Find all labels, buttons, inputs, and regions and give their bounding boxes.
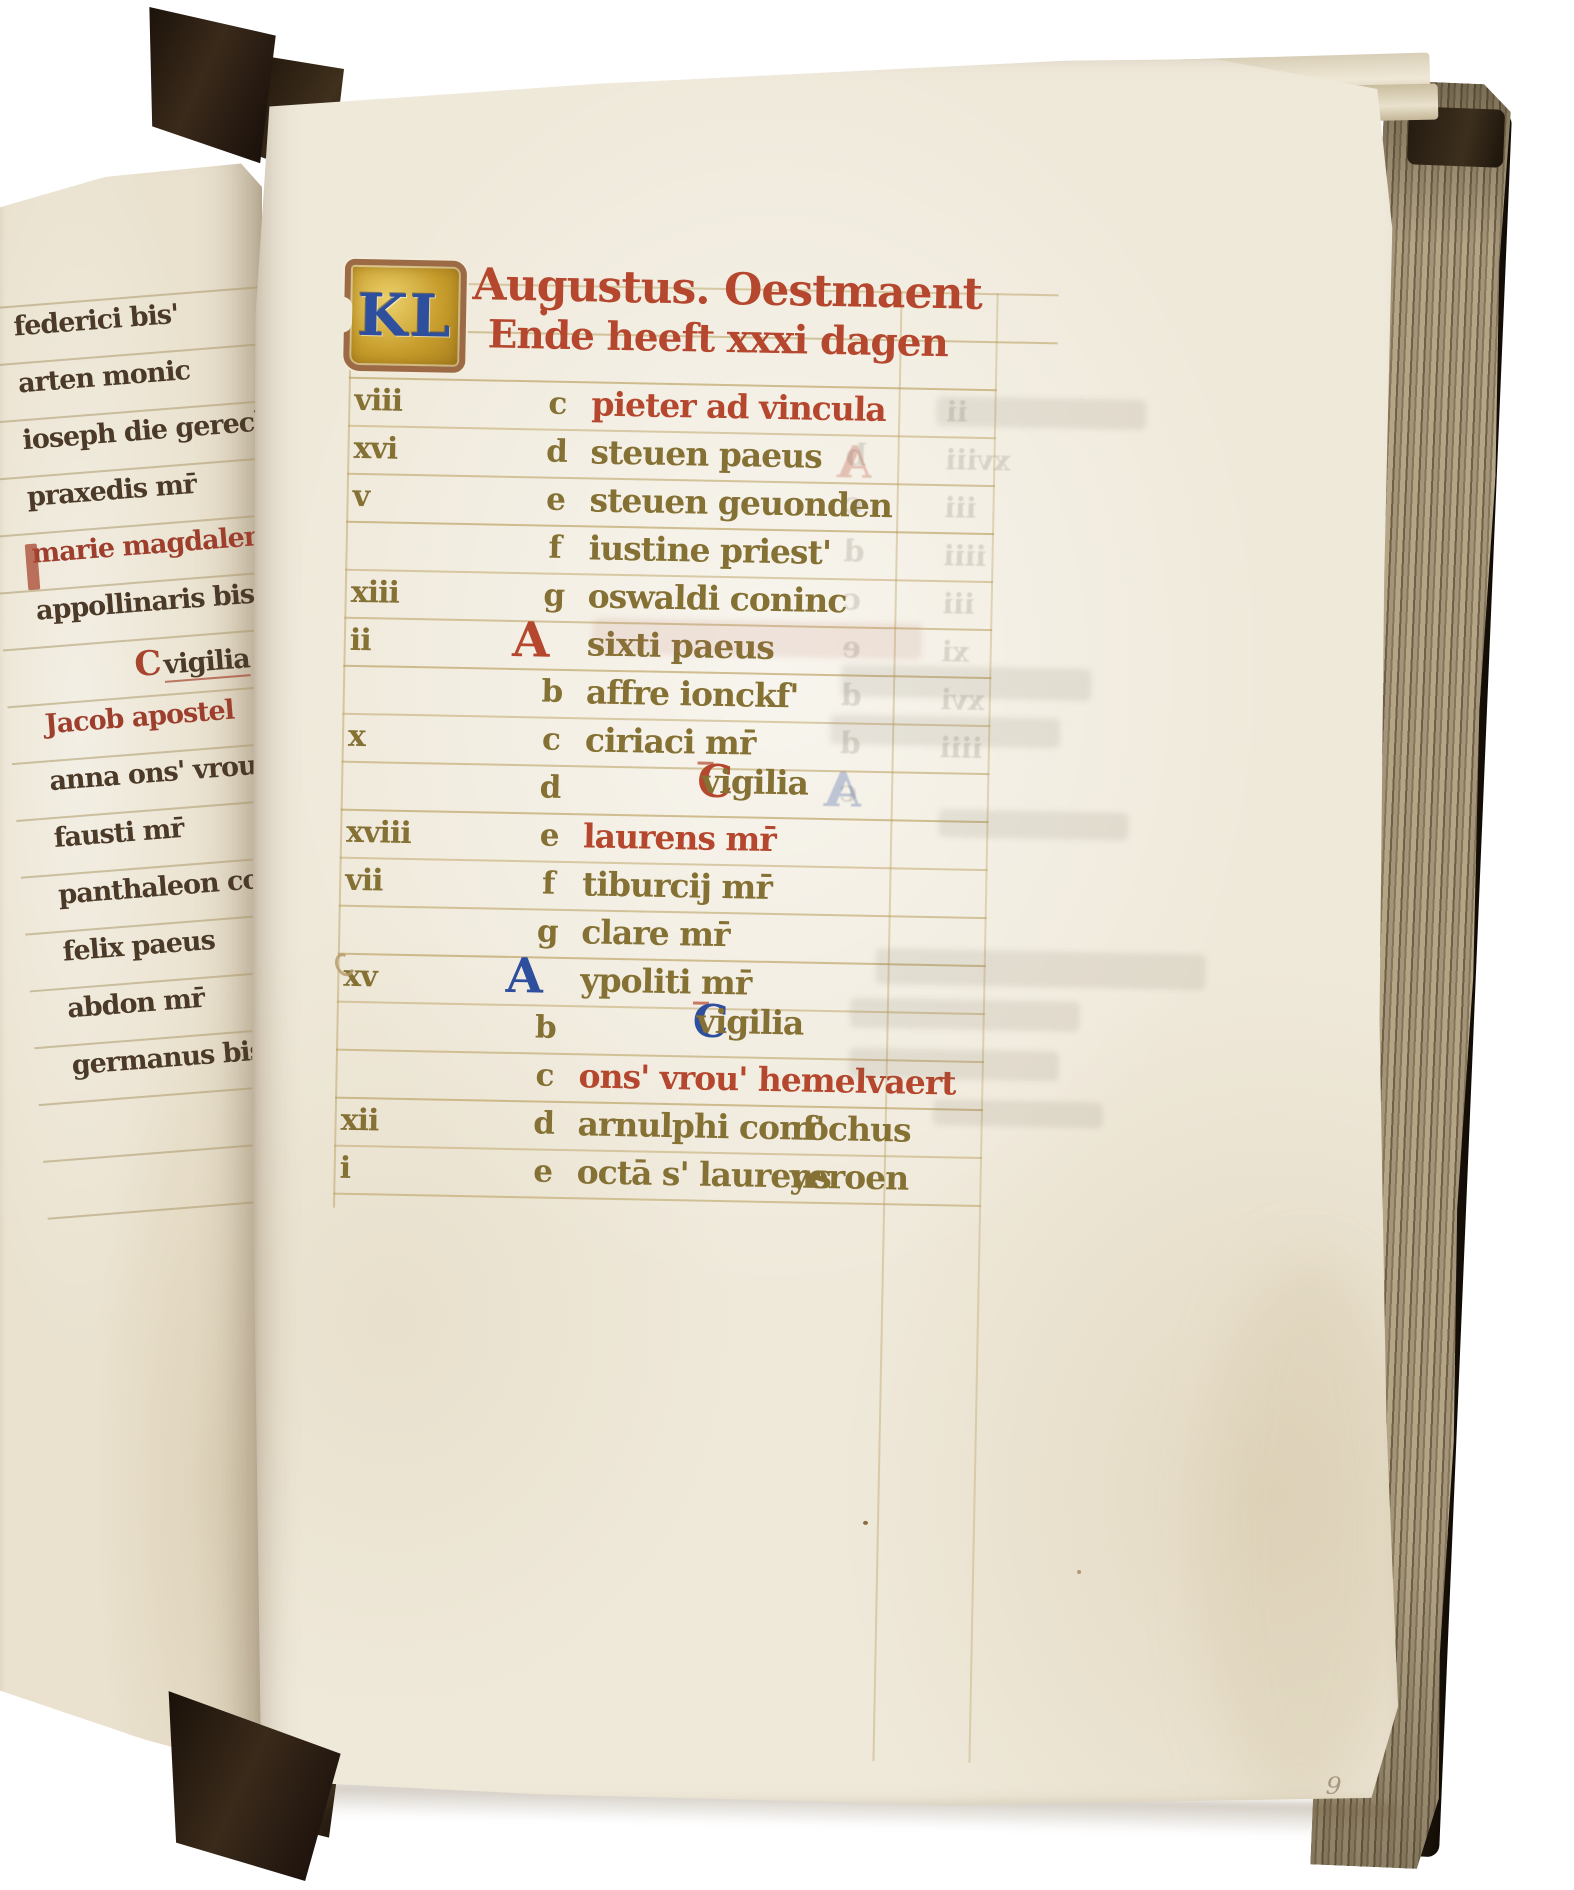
dominical-letter: d (520, 1105, 567, 1142)
ghost-text-band (933, 1099, 1103, 1128)
feast-entry: vigilia (162, 643, 250, 683)
ink-speck (540, 308, 547, 315)
feast-entry: vigilia (696, 1002, 804, 1043)
kl-illuminated-initial: KL (343, 259, 467, 373)
ink-speck (863, 1521, 868, 1525)
feast-entry: pieter ad vincula (591, 384, 886, 429)
feast-entry: affre ionckf' (586, 672, 799, 715)
dominical-letter: f (531, 529, 578, 566)
ghost-golden-number: xi (941, 635, 969, 669)
vigilia-paraph-C: C (133, 643, 162, 685)
ghost-text-band (592, 617, 923, 659)
feast-entry: arnulphi conf' (577, 1104, 824, 1148)
feast-entry: laurens mr̄ (583, 816, 776, 859)
feast-entry: vigilia (701, 762, 809, 803)
folio-number: 9 (1325, 1771, 1342, 1800)
dominical-letter: c (534, 385, 581, 422)
golden-number: viii (354, 383, 402, 419)
ghost-golden-number: iii (944, 491, 977, 525)
feast-entry: fausti mr̄ (53, 813, 186, 863)
recto-text-block: KL Augustus. Oestmaent Ende heeft xxxi d… (219, 51, 1413, 1833)
dominical-letter: b (529, 673, 576, 710)
ghost-text-band (849, 1047, 1060, 1081)
feast-entry-added: rochus (790, 1108, 911, 1149)
vigilia-entry: Cvigilia (698, 762, 714, 765)
dominical-letter: A (501, 948, 548, 1005)
golden-number: x (348, 719, 366, 754)
dominical-letter: b (522, 1009, 569, 1046)
photograph-of-open-manuscript: federici bis'arten monicioseph die gerec… (0, 0, 1574, 1890)
feast-entry: federici bis' (12, 299, 180, 352)
dominical-letter: e (519, 1153, 566, 1190)
ghost-capital-A: A (824, 762, 862, 819)
kl-monogram: KL (357, 281, 453, 351)
ghost-text-band (875, 948, 1206, 990)
dominical-letter: d (527, 769, 574, 806)
leather-cover-top-left (138, 2, 280, 170)
month-header-line1: Augustus. Oestmaent (472, 259, 982, 320)
golden-number: xii (340, 1103, 378, 1139)
ghost-dominical-letter: c (844, 486, 863, 521)
ghost-text-band (841, 664, 1092, 701)
golden-number: xvi (353, 431, 397, 467)
feast-entry: felix paeus (62, 925, 217, 977)
verso-feast-line: Cvigilia (133, 636, 251, 685)
dominical-letter: A (507, 612, 554, 669)
dominical-letter: d (533, 433, 580, 470)
ghost-golden-number: iii (942, 587, 975, 621)
feast-entry: marie magdalene (30, 520, 280, 579)
verso-calendar-page-july: federici bis'arten monicioseph die gerec… (0, 140, 262, 1820)
feast-entry-added: yeroen (789, 1156, 908, 1197)
ghost-text-band (850, 997, 1081, 1031)
ghost-dominical-letter: c (842, 582, 861, 617)
ghost-golden-number: xviii (945, 443, 1010, 477)
dominical-letter: g (530, 577, 577, 614)
golden-number: vii (345, 863, 383, 899)
dominical-letter: c (528, 721, 575, 758)
golden-number: xviii (346, 815, 411, 851)
golden-number: i (339, 1151, 350, 1186)
dominical-letter: e (532, 481, 579, 518)
dominical-letter: e (526, 817, 573, 854)
ghost-text-band (830, 714, 1061, 748)
month-header-line2: Ende heeft xxxi dagen (487, 311, 948, 366)
parchment-stain (1199, 1249, 1410, 1833)
vigilia-entry: Cvigilia (693, 1001, 709, 1004)
feast-entry: Jacob apostel (44, 695, 236, 750)
dominical-letter: g (524, 913, 571, 950)
feast-entry: steuen paeus (590, 432, 822, 475)
golden-number: ii (350, 623, 371, 658)
ghost-text-band (936, 396, 1147, 430)
ink-speck (1077, 1570, 1081, 1574)
feast-entry: praxedis mr̄ (26, 469, 198, 522)
ghost-capital-A: A (837, 437, 872, 489)
dominical-letter: c (521, 1057, 568, 1094)
golden-number: v (352, 479, 369, 514)
feast-entry: arten monic (17, 355, 192, 408)
recto-calendar-page-august: KL Augustus. Oestmaent Ende heeft xxxi d… (252, 52, 1412, 1812)
dominical-letter: f (525, 865, 572, 902)
ghost-golden-number: iiii (943, 539, 986, 573)
golden-number: xiii (350, 575, 399, 611)
ghost-dominical-letter: d (843, 534, 865, 569)
ghost-text-band (938, 809, 1129, 841)
feast-entry: clare mr̄ (581, 912, 730, 954)
feast-entry: iustine priest' (588, 528, 831, 572)
feast-entry: abdon mr̄ (66, 983, 206, 1034)
feast-entry: tiburcij mr̄ (582, 864, 772, 907)
feast-entry: oswaldi coninc (587, 576, 846, 620)
